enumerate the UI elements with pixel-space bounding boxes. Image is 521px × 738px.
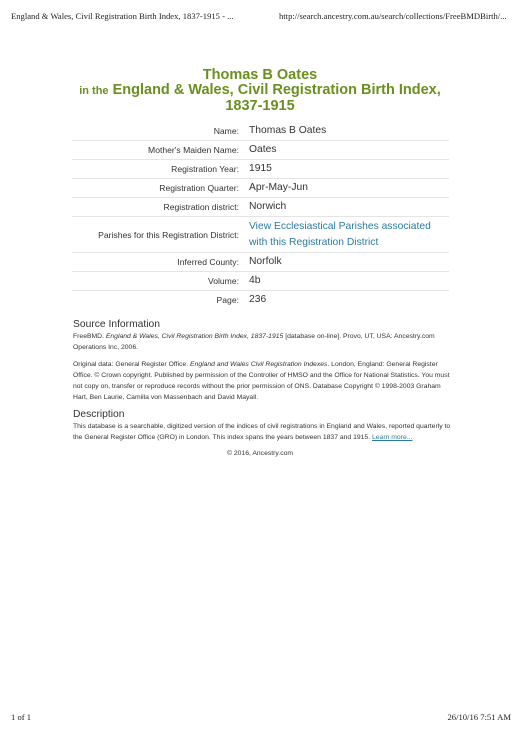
person-name-heading: Thomas B Oates [60, 68, 460, 83]
field-value: Oates [247, 141, 449, 160]
printed-timestamp: 26/10/16 7:51 AM [447, 712, 511, 722]
description-section: Description This database is a searchabl… [73, 408, 451, 443]
field-label: Parishes for this Registration District: [72, 217, 247, 253]
print-footer: 1 of 1 26/10/16 7:51 AM [11, 712, 511, 726]
record-field-row: Mother's Maiden Name:Oates [72, 141, 449, 160]
in-the-label: in the [79, 85, 108, 97]
record-field-row: Parishes for this Registration District:… [72, 217, 449, 253]
print-header: England & Wales, Civil Registration Birt… [11, 11, 511, 25]
copyright-notice: © 2016, Ancestry.com [60, 450, 460, 457]
record-field-row: Name:Thomas B Oates [72, 122, 449, 141]
description-text: This database is a searchable, digitized… [73, 421, 451, 443]
record-field-row: Registration district:Norwich [72, 198, 449, 217]
field-label: Inferred County: [72, 253, 247, 272]
print-page-url: http://search.ancestry.com.au/search/col… [279, 11, 507, 21]
collection-title-line2: 1837-1915 [60, 99, 460, 114]
field-value: Apr-May-Jun [247, 179, 449, 198]
view-parishes-link[interactable]: View Ecclesiastical Parishes associated … [249, 217, 449, 252]
record-field-row: Registration Quarter:Apr-May-Jun [72, 179, 449, 198]
collection-title-line1: England & Wales, Civil Registration Birt… [113, 82, 441, 98]
record-title: Thomas B Oates in the England & Wales, C… [60, 68, 460, 114]
field-value: 236 [247, 291, 449, 310]
description-heading: Description [73, 408, 451, 421]
field-value: View Ecclesiastical Parishes associated … [247, 217, 449, 253]
field-label: Page: [72, 291, 247, 310]
source-information-section: Source Information FreeBMD. England & Wa… [73, 318, 451, 403]
field-label: Mother's Maiden Name: [72, 141, 247, 160]
field-value: Thomas B Oates [247, 122, 449, 141]
record-details-table: Name:Thomas B OatesMother's Maiden Name:… [72, 122, 449, 309]
field-label: Registration Quarter: [72, 179, 247, 198]
field-value: Norfolk [247, 253, 449, 272]
collection-title: in the England & Wales, Civil Registrati… [60, 83, 460, 99]
source-information-heading: Source Information [73, 318, 451, 331]
field-value: Norwich [247, 198, 449, 217]
record-field-row: Registration Year:1915 [72, 160, 449, 179]
field-value: 4b [247, 272, 449, 291]
page-count: 1 of 1 [11, 712, 31, 722]
original-data-citation: Original data: General Register Office. … [73, 359, 451, 403]
source-citation: FreeBMD. England & Wales, Civil Registra… [73, 331, 451, 353]
field-label: Volume: [72, 272, 247, 291]
record-field-row: Volume:4b [72, 272, 449, 291]
record-field-row: Page:236 [72, 291, 449, 310]
learn-more-link[interactable]: Learn more... [372, 434, 412, 441]
field-label: Name: [72, 122, 247, 141]
field-label: Registration Year: [72, 160, 247, 179]
field-label: Registration district: [72, 198, 247, 217]
field-value: 1915 [247, 160, 449, 179]
record-field-row: Inferred County:Norfolk [72, 253, 449, 272]
print-page-title: England & Wales, Civil Registration Birt… [11, 11, 234, 21]
